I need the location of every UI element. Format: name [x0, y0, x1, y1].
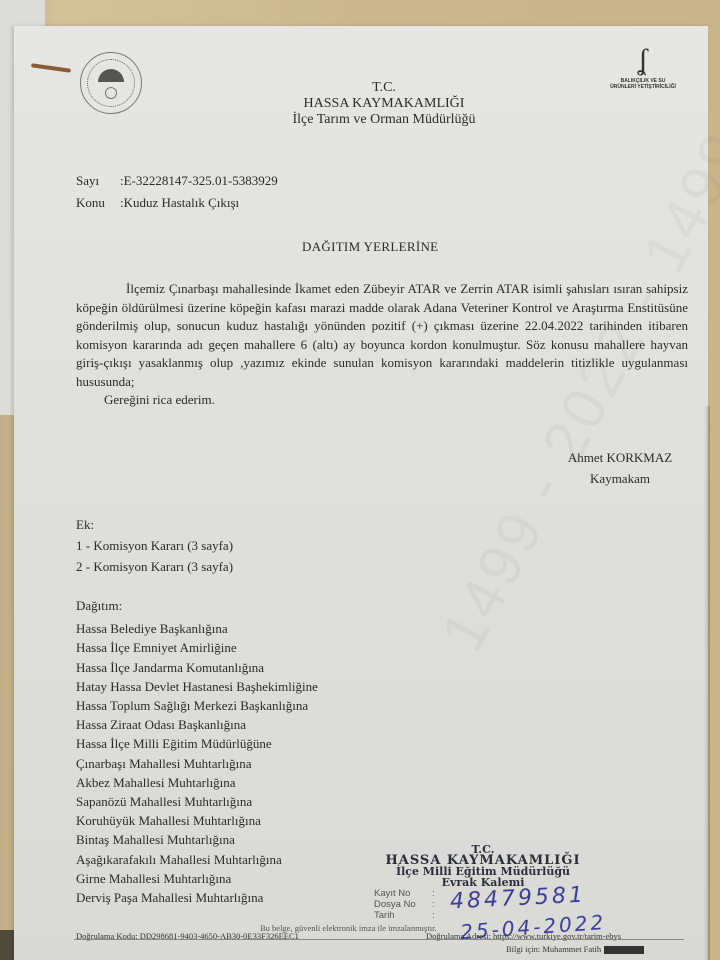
redacted-block [604, 946, 644, 954]
footer-divider [74, 939, 684, 940]
distribution-list: Dağıtım: Hassa Belediye Başkanlığına Has… [76, 596, 318, 907]
distribution-item: Sapanözü Mahallesi Muhtarlığına [76, 792, 318, 811]
closing-line: Gereğini rica ederim. [76, 391, 688, 410]
stamp-field-label: Kayıt No [374, 888, 432, 899]
signatory-name: Ahmet KORKMAZ [560, 447, 680, 468]
sayi-row: Sayı :E-32228147-325.01-5383929 [76, 170, 278, 192]
stamp-field-label: Dosya No [374, 899, 432, 910]
body-paragraph: İlçemiz Çınarbaşı mahallesinde İkamet ed… [76, 280, 688, 391]
info-contact: Bilgi için: Muhammet Fatih [506, 944, 644, 954]
attachment-item: 1 - Komisyon Kararı (3 sayfa) [76, 535, 233, 556]
distribution-item: Hassa Ziraat Odası Başkanlığına [76, 715, 318, 734]
distribution-item: Hassa İlçe Milli Eğitim Müdürlüğüne [76, 734, 318, 753]
konu-value: :Kuduz Hastalık Çıkışı [120, 192, 239, 214]
pin-mark [31, 63, 71, 73]
letterhead-tc: T.C. [234, 80, 534, 96]
distribution-item: Hassa Toplum Sağlığı Merkezi Başkanlığın… [76, 696, 318, 715]
fisheries-logo: ʆ BALIKÇILIK VE SU ÜRÜNLERİ YETİŞTİRİCİL… [608, 42, 678, 122]
fishing-hook-logo-icon: ʆ [608, 42, 678, 78]
distribution-label: Dağıtım: [76, 596, 318, 615]
letter-body: İlçemiz Çınarbaşı mahallesinde İkamet ed… [76, 280, 688, 410]
distribution-item: Aşağıkarafakılı Mahallesi Muhtarlığına [76, 850, 318, 869]
stamp-field-label: Tarih [374, 910, 432, 921]
ministry-emblem-icon [80, 52, 142, 114]
letterhead-office: HASSA KAYMAKAMLIĞI [234, 96, 534, 112]
distribution-item: Hatay Hassa Devlet Hastanesi Başhekimliğ… [76, 677, 318, 696]
distribution-item: Hassa İlçe Emniyet Amirliğine [76, 638, 318, 657]
distribution-item: Çınarbaşı Mahallesi Muhtarlığına [76, 754, 318, 773]
distribution-item: Koruhüyük Mahallesi Muhtarlığına [76, 811, 318, 830]
official-letter-page: 1499 - 2022 - 1499 ʆ BALIKÇILIK VE SU ÜR… [14, 26, 708, 960]
distribution-item: Derviş Paşa Mahallesi Muhtarlığına [76, 888, 318, 907]
fisheries-logo-text: BALIKÇILIK VE SU ÜRÜNLERİ YETİŞTİRİCİLİĞ… [608, 78, 678, 90]
konu-row: Konu :Kuduz Hastalık Çıkışı [76, 192, 278, 214]
sayi-value: :E-32228147-325.01-5383929 [120, 170, 278, 192]
signatory-title: Kaymakam [560, 468, 680, 489]
attachments: Ek: 1 - Komisyon Kararı (3 sayfa) 2 - Ko… [76, 514, 233, 577]
stamp-fields: Kayıt No: Dosya No: Tarih: [374, 888, 435, 921]
letterhead-directorate: İlçe Tarım ve Orman Müdürlüğü [234, 112, 534, 128]
konu-label: Konu [76, 192, 120, 214]
distribution-item: Girne Mahallesi Muhtarlığına [76, 869, 318, 888]
signature-block: Ahmet KORKMAZ Kaymakam [560, 447, 680, 489]
distribution-item: Hassa Belediye Başkanlığına [76, 619, 318, 638]
document-meta: Sayı :E-32228147-325.01-5383929 Konu :Ku… [76, 170, 278, 214]
distribution-item: Bintaş Mahallesi Muhtarlığına [76, 830, 318, 849]
sayi-label: Sayı [76, 170, 120, 192]
distribution-item: Hassa İlçe Jandarma Komutanlığına [76, 658, 318, 677]
recipient-title: DAĞITIM YERLERİNE [302, 239, 438, 255]
distribution-item: Akbez Mahallesi Muhtarlığına [76, 773, 318, 792]
attachments-label: Ek: [76, 514, 233, 535]
registry-stamp: T.C. HASSA KAYMAKAMLIĞI İlçe Milli Eğiti… [378, 844, 588, 888]
page-fold-shadow [704, 406, 710, 960]
attachment-item: 2 - Komisyon Kararı (3 sayfa) [76, 556, 233, 577]
letterhead: T.C. HASSA KAYMAKAMLIĞI İlçe Tarım ve Or… [234, 80, 534, 128]
